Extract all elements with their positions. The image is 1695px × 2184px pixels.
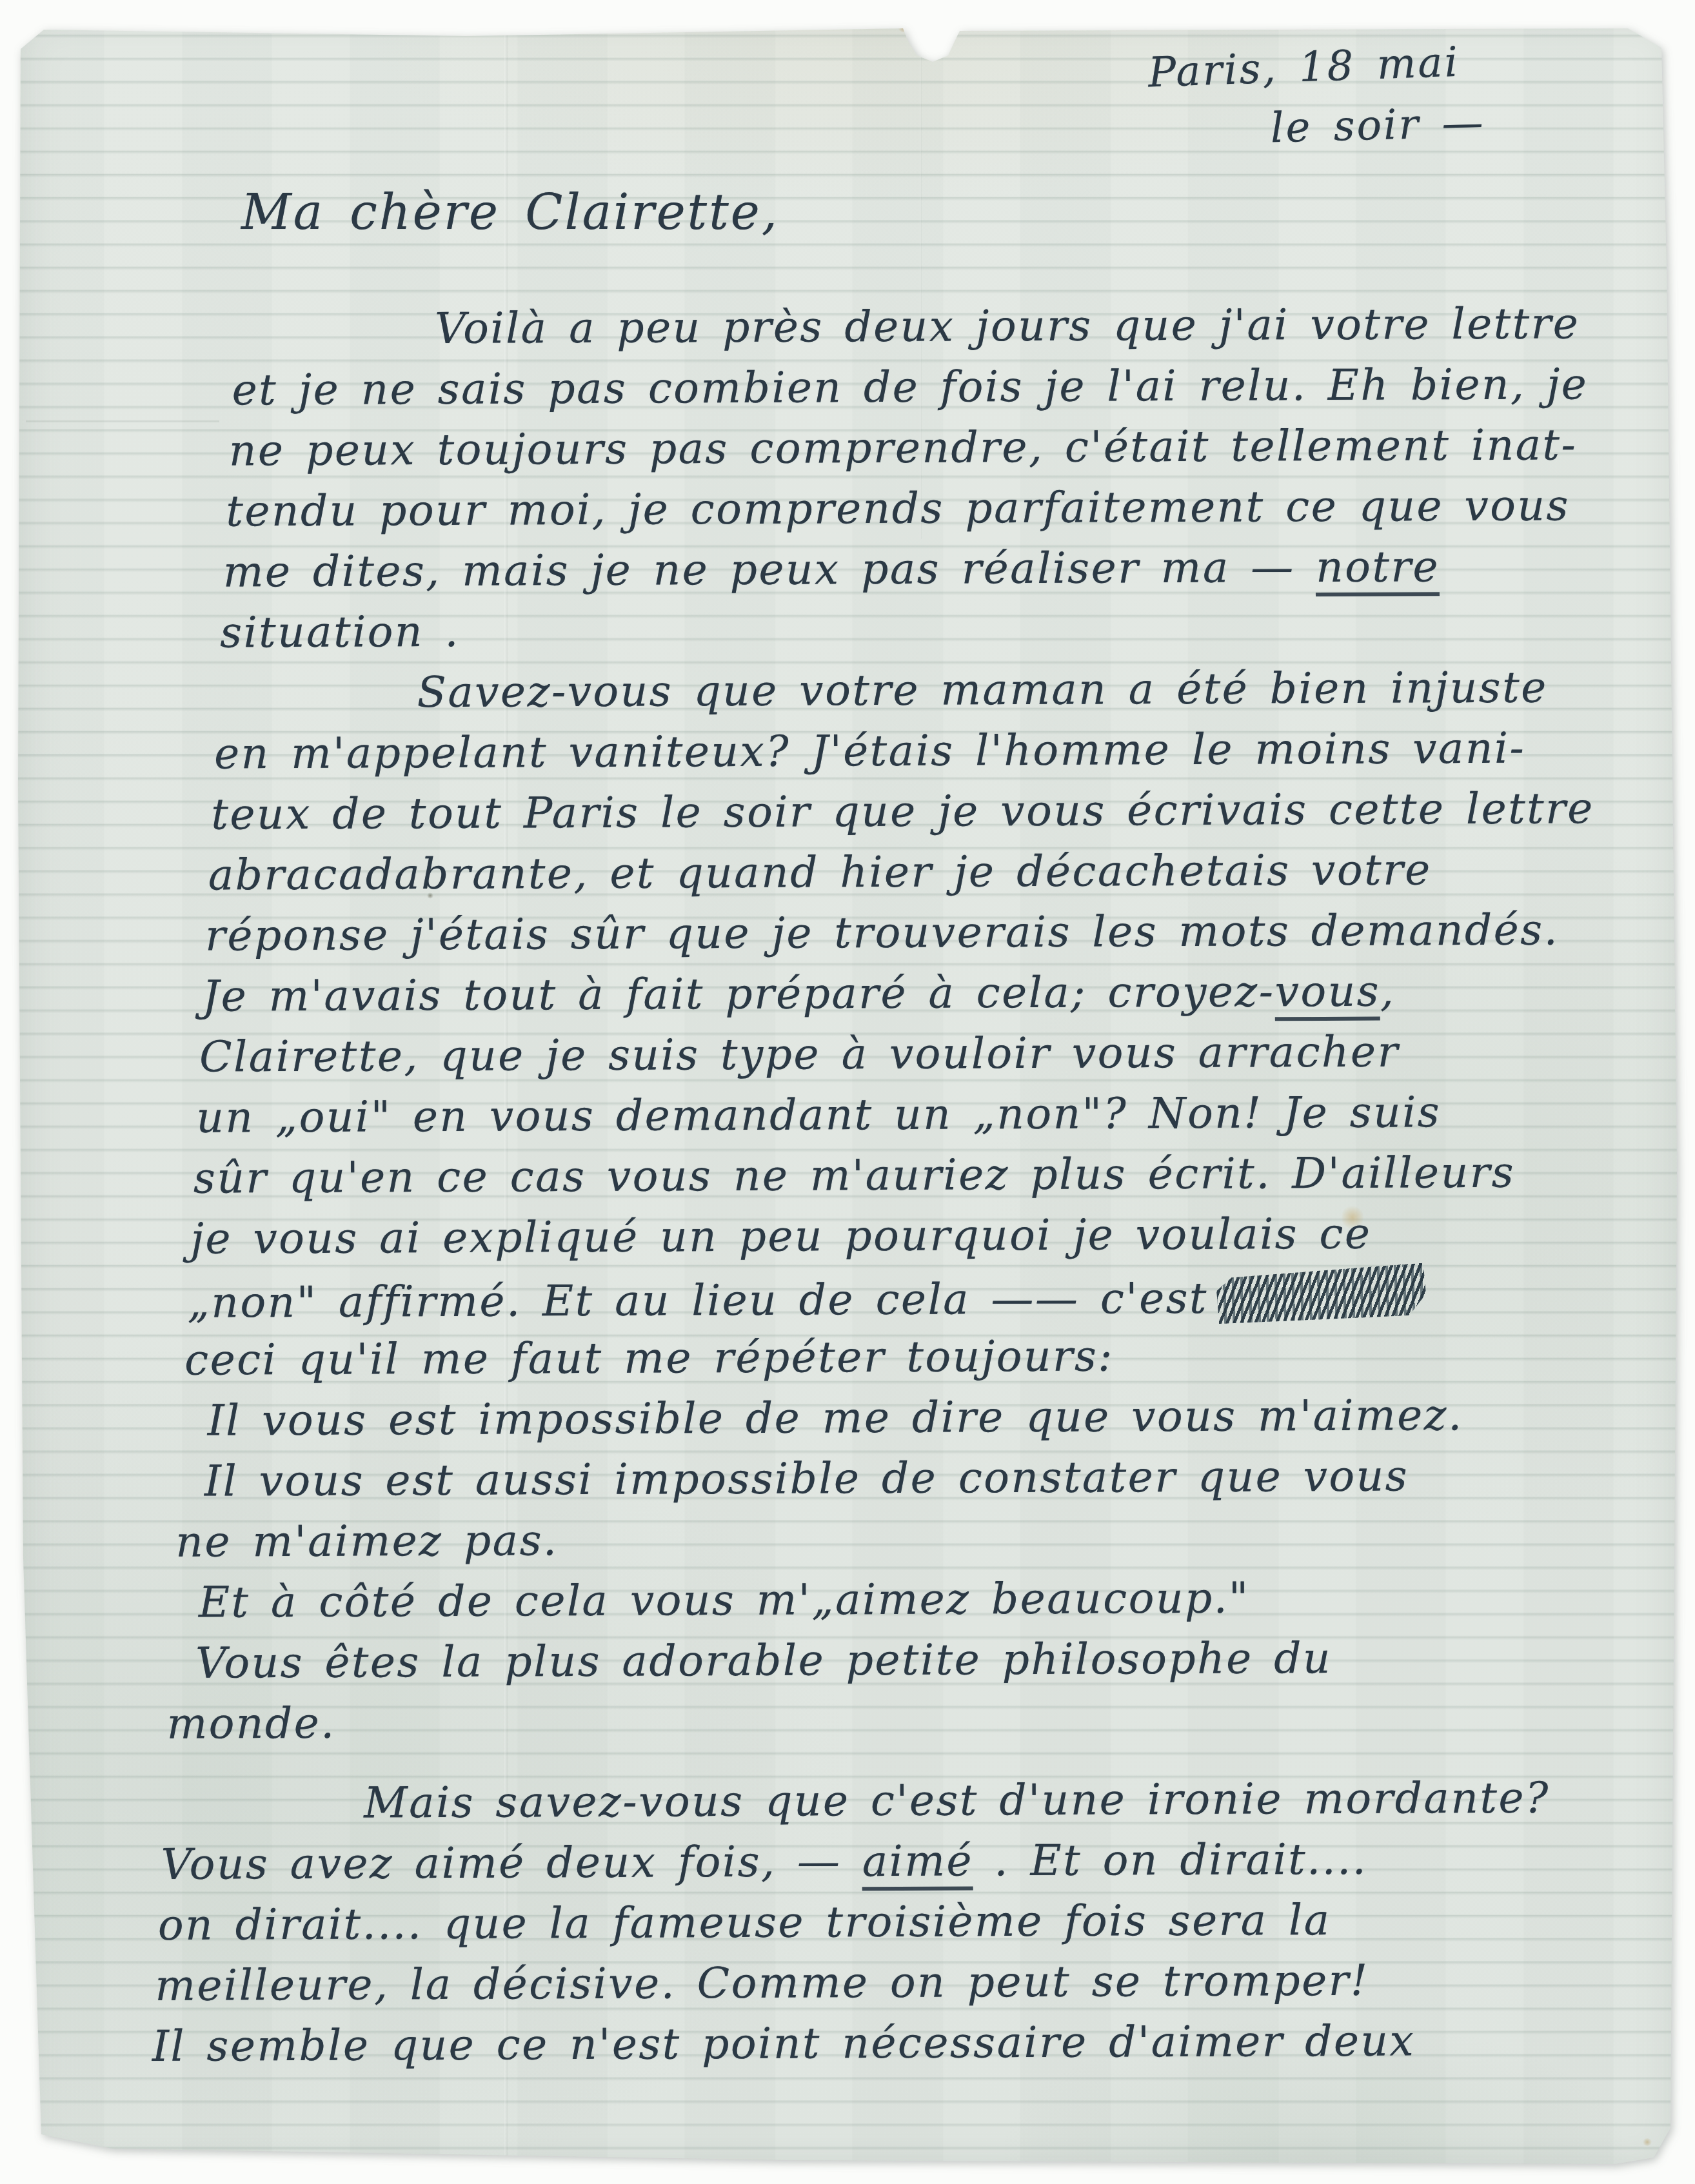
- letter-line: Il vous est impossible de me dire que vo…: [207, 1390, 1632, 1457]
- letter-text: en m'appelant vaniteux? J'étais l'homme …: [214, 723, 1526, 779]
- letter-text: Savez-vous que votre maman a été bien in…: [417, 662, 1547, 717]
- letter-text: Vous êtes la plus adorable petite philos…: [195, 1633, 1332, 1688]
- letter-text: sûr qu'en ce cas vous ne m'auriez plus é…: [193, 1148, 1515, 1203]
- letter-line: Savez-vous que votre maman a été bien in…: [417, 662, 1629, 728]
- letter-text: réponse j'étais sûr que je trouverais le…: [205, 905, 1559, 960]
- letter-text: ne peux toujours pas comprendre, c'était…: [229, 420, 1578, 475]
- letter-line: Vous avez aimé deux fois, — aimé . Et on…: [161, 1833, 1634, 1900]
- letter-text: „non" affirmé. Et au lieu de cela —— c'e…: [188, 1274, 1209, 1328]
- letter-line: Il semble que ce n'est point nécessaire …: [152, 2015, 1636, 2082]
- letter-sheet: Paris, 18 mai le soir — Ma chère Clairet…: [14, 10, 1682, 2173]
- letter-text: ceci qu'il me faut me répéter toujours:: [184, 1331, 1114, 1384]
- letter-text: un „oui" en vous demandant un „non"? Non…: [196, 1087, 1441, 1142]
- letter-text: me dites, mais je ne peux pas réaliser m…: [223, 542, 1316, 596]
- letter-text: monde.: [166, 1698, 335, 1749]
- letter-line: sûr qu'en ce cas vous ne m'auriez plus é…: [193, 1147, 1632, 1214]
- letter-line: ceci qu'il me faut me répéter toujours:: [184, 1329, 1632, 1396]
- letter-text: Je m'avais tout à fait préparé à cela; c…: [203, 967, 1275, 1021]
- letter-line: ne m'aimez pas.: [175, 1511, 1633, 1578]
- letter-text: . Et on dirait....: [973, 1835, 1367, 1886]
- letter-text: Mais savez-vous que c'est d'une ironie m…: [364, 1773, 1550, 1827]
- letter-line: Clairette, que je suis type à vouloir vo…: [199, 1026, 1631, 1093]
- rust-stain: [177, 2152, 184, 2159]
- underlined-word: notre: [1316, 542, 1440, 596]
- underlined-word: vous: [1274, 967, 1380, 1021]
- letter-text: ,: [1380, 967, 1396, 1016]
- rust-stain: [1642, 2138, 1652, 2146]
- letter-text: Il vous est impossible de me dire que vo…: [207, 1390, 1463, 1445]
- letter-text: teux de tout Paris le soir que je vous é…: [211, 783, 1594, 839]
- underlined-word: aimé: [862, 1836, 973, 1891]
- letter-line: situation .: [220, 602, 1629, 669]
- letter-line: abracadabrante, et quand hier je décache…: [208, 844, 1631, 911]
- letter-line: Il vous est aussi impossible de constate…: [204, 1450, 1633, 1517]
- letter-line: Je m'avais tout à fait préparé à cela; c…: [203, 965, 1631, 1032]
- letter-text: Et à côté de cela vous m'„aimez beaucoup…: [199, 1573, 1250, 1628]
- letter-line: en m'appelant vaniteux? J'étais l'homme …: [214, 723, 1630, 790]
- letter-line: réponse j'étais sûr que je trouverais le…: [205, 905, 1631, 972]
- letter-line: et je ne sais pas combien de fois je l'a…: [232, 359, 1628, 426]
- date-time-line: le soir —: [1270, 99, 1485, 153]
- letter-text: Il semble que ce n'est point nécessaire …: [152, 2016, 1416, 2071]
- scanned-letter-page: { "page": { "background_color": "#fbfcfa…: [0, 0, 1695, 2184]
- letter-text: Il vous est aussi impossible de constate…: [204, 1451, 1409, 1506]
- salutation: Ma chère Clairette,: [241, 183, 779, 241]
- letter-sheet-wrapper: Paris, 18 mai le soir — Ma chère Clairet…: [0, 0, 1695, 2184]
- letter-line: un „oui" en vous demandant un „non"? Non…: [196, 1087, 1631, 1154]
- letter-line: „non" affirmé. Et au lieu de cela —— c'e…: [188, 1268, 1632, 1335]
- letter-lines: Voilà a peu près deux jours que j'ai vot…: [125, 299, 1636, 2082]
- letter-text: on dirait.... que la fameuse troisième f…: [158, 1895, 1331, 1950]
- letter-text: Clairette, que je suis type à vouloir vo…: [199, 1027, 1400, 1081]
- letter-text: abracadabrante, et quand hier je décache…: [208, 845, 1432, 900]
- letter-line: teux de tout Paris le soir que je vous é…: [211, 783, 1630, 851]
- date-place-line: Paris, 18 mai: [1147, 39, 1460, 97]
- letter-line: ne peux toujours pas comprendre, c'était…: [229, 420, 1629, 486]
- letter-text: Vous avez aimé deux fois, —: [161, 1836, 862, 1889]
- letter-line: me dites, mais je ne peux pas réaliser m…: [223, 541, 1629, 608]
- letter-line: monde.: [166, 1693, 1634, 1760]
- letter-text: meilleure, la décisive. Comme on peut se…: [155, 1956, 1369, 2011]
- letter-text: situation .: [220, 607, 460, 658]
- letter-line: Et à côté de cela vous m'„aimez beaucoup…: [199, 1571, 1634, 1638]
- letter-line: Vous êtes la plus adorable petite philos…: [195, 1632, 1634, 1699]
- letter-text: tendu pour moi, je comprends parfaitemen…: [226, 480, 1570, 536]
- letter-line: meilleure, la décisive. Comme on peut se…: [155, 1954, 1635, 2022]
- letter-text: Voilà a peu près deux jours que j'ai vot…: [435, 299, 1580, 353]
- letter-line: tendu pour moi, je comprends parfaitemen…: [226, 480, 1629, 547]
- letter-line: Voilà a peu près deux jours que j'ai vot…: [435, 299, 1628, 364]
- letter-line: Mais savez-vous que c'est d'une ironie m…: [364, 1773, 1634, 1839]
- letter-text: et je ne sais pas combien de fois je l'a…: [232, 359, 1588, 415]
- letter-text: je vous ai expliqué un peu pourquoi je v…: [190, 1209, 1372, 1264]
- scribbled-out-word: [1210, 1263, 1432, 1329]
- letter-line: on dirait.... que la fameuse troisième f…: [158, 1894, 1635, 1961]
- letter-text: ne m'aimez pas.: [175, 1515, 558, 1567]
- rust-stain: [897, 21, 913, 32]
